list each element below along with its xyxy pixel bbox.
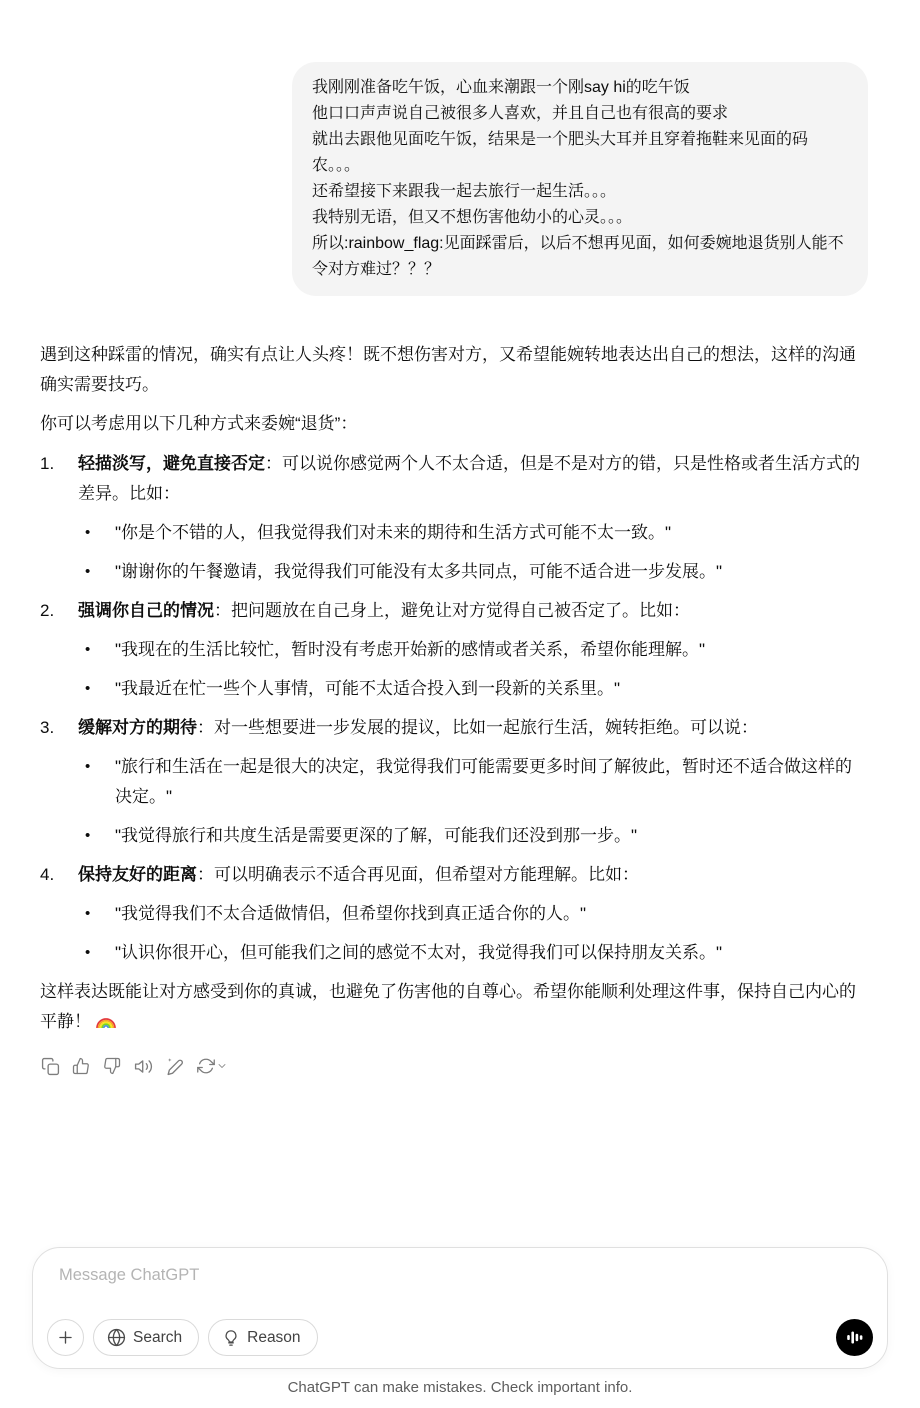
bullet-item: •"我现在的生活比较忙，暂时没有考虑开始新的感情或者关系，希望你能理解。" <box>40 635 868 665</box>
bullet-item: •"你是个不错的人，但我觉得我们对未来的期待和生活方式可能不太一致。" <box>40 518 868 548</box>
regenerate-button[interactable] <box>192 1053 232 1079</box>
list-number: 3. <box>40 713 78 743</box>
bullet-marker: • <box>85 518 115 548</box>
speaker-icon <box>134 1057 153 1076</box>
bullet-text: "我现在的生活比较忙，暂时没有考虑开始新的感情或者关系，希望你能理解。" <box>115 635 705 665</box>
item-text: ：把问题放在自己身上，避免让对方觉得自己被否定了。比如： <box>214 601 690 620</box>
bullet-text: "旅行和生活在一起是很大的决定，我觉得我们可能需要更多时间了解彼此，暂时还不适合… <box>115 752 868 812</box>
thumbs-down-icon <box>103 1057 121 1075</box>
good-response-button[interactable] <box>68 1053 94 1079</box>
attach-button[interactable] <box>47 1319 84 1356</box>
voice-mode-button[interactable] <box>836 1319 873 1356</box>
bullet-marker: • <box>85 635 115 665</box>
globe-icon <box>107 1328 126 1347</box>
bullet-item: •"我觉得我们不太合适做情侣，但希望你找到真正适合你的人。" <box>40 899 868 929</box>
item-title: 轻描淡写，避免直接否定 <box>78 454 265 473</box>
assistant-closing: 这样表达既能让对方感受到你的真诚，也避免了伤害他的自尊心。希望你能顺利处理这件事… <box>40 977 868 1039</box>
user-message-line: 我特别无语，但又不想伤害他幼小的心灵。。。 <box>312 205 848 231</box>
item-text: ：可以明确表示不适合再见面，但希望对方能理解。比如： <box>197 865 639 884</box>
user-message-line: 还希望接下来跟我一起去旅行一起生活。。。 <box>312 179 848 205</box>
assistant-intro: 遇到这种踩雷的情况，确实有点让人头疼！既不想伤害对方，又希望能婉转地表达出自己的… <box>40 340 868 400</box>
bullet-text: "谢谢你的午餐邀请，我觉得我们可能没有太多共同点，可能不适合进一步发展。" <box>115 557 722 587</box>
list-item: 2. 强调你自己的情况：把问题放在自己身上，避免让对方觉得自己被否定了。比如： … <box>40 596 868 704</box>
assistant-message: 遇到这种踩雷的情况，确实有点让人头疼！既不想伤害对方，又希望能婉转地表达出自己的… <box>40 340 868 1079</box>
list-number: 1. <box>40 449 78 509</box>
user-message-line: 我刚刚准备吃午饭，心血来潮跟一个刚say hi的吃午饭 <box>312 75 848 101</box>
composer: Search Reason <box>32 1247 888 1369</box>
chevron-down-icon <box>216 1060 228 1072</box>
list-number: 2. <box>40 596 78 626</box>
list-item: 4. 保持友好的距离：可以明确表示不适合再见面，但希望对方能理解。比如： •"我… <box>40 860 868 968</box>
bullet-item: •"我最近在忙一些个人事情，可能不太适合投入到一段新的关系里。" <box>40 674 868 704</box>
lightbulb-icon <box>222 1329 240 1347</box>
user-message-bubble: 我刚刚准备吃午饭，心血来潮跟一个刚say hi的吃午饭 他口口声声说自己被很多人… <box>292 62 868 296</box>
regenerate-icon <box>197 1057 215 1075</box>
read-aloud-button[interactable] <box>130 1053 156 1079</box>
bad-response-button[interactable] <box>99 1053 125 1079</box>
bullet-marker: • <box>85 821 115 851</box>
bullet-marker: • <box>85 752 115 812</box>
list-number: 4. <box>40 860 78 890</box>
user-message-line: 所以:rainbow_flag:见面踩雷后，以后不想再见面，如何委婉地退货别人能… <box>312 231 848 283</box>
bullet-item: •"谢谢你的午餐邀请，我觉得我们可能没有太多共同点，可能不适合进一步发展。" <box>40 557 868 587</box>
bullet-item: •"认识你很开心，但可能我们之间的感觉不太对，我觉得我们可以保持朋友关系。" <box>40 938 868 968</box>
search-button[interactable]: Search <box>93 1319 199 1356</box>
bullet-item: •"旅行和生活在一起是很大的决定，我觉得我们可能需要更多时间了解彼此，暂时还不适… <box>40 752 868 812</box>
message-actions <box>37 1053 868 1079</box>
bullet-text: "你是个不错的人，但我觉得我们对未来的期待和生活方式可能不太一致。" <box>115 518 671 548</box>
methods-list: 1. 轻描淡写，避免直接否定：可以说你感觉两个人不太合适，但是不是对方的错，只是… <box>40 449 868 968</box>
bullet-text: "我觉得我们不太合适做情侣，但希望你找到真正适合你的人。" <box>115 899 586 929</box>
conversation: 我刚刚准备吃午饭，心血来潮跟一个刚say hi的吃午饭 他口口声声说自己被很多人… <box>0 0 920 1079</box>
item-title: 强调你自己的情况 <box>78 601 214 620</box>
bullet-marker: • <box>85 557 115 587</box>
voice-waveform-icon <box>846 1329 863 1346</box>
item-title: 缓解对方的期待 <box>78 718 197 737</box>
plus-icon <box>56 1328 75 1347</box>
bullet-marker: • <box>85 938 115 968</box>
copy-icon <box>41 1057 60 1076</box>
bullet-text: "认识你很开心，但可能我们之间的感觉不太对，我觉得我们可以保持朋友关系。" <box>115 938 722 968</box>
disclaimer: ChatGPT can make mistakes. Check importa… <box>0 1369 920 1408</box>
user-message-row: 我刚刚准备吃午饭，心血来潮跟一个刚say hi的吃午饭 他口口声声说自己被很多人… <box>40 62 868 296</box>
item-title: 保持友好的距离 <box>78 865 197 884</box>
item-text: ：对一些想要进一步发展的提议，比如一起旅行生活，婉转拒绝。可以说： <box>197 718 758 737</box>
edit-pencil-sparkle-icon <box>165 1057 184 1076</box>
bullet-item: •"我觉得旅行和共度生活是需要更深的了解，可能我们还没到那一步。" <box>40 821 868 851</box>
user-message-line: 就出去跟他见面吃午饭，结果是一个肥头大耳并且穿着拖鞋来见面的码农。。。 <box>312 127 848 179</box>
composer-toolbar: Search Reason <box>47 1319 873 1356</box>
thumbs-up-icon <box>72 1057 90 1075</box>
edit-button[interactable] <box>161 1053 187 1079</box>
composer-section: Search Reason ChatGPT can make mistakes.… <box>0 1247 920 1408</box>
bullet-text: "我觉得旅行和共度生活是需要更深的了解，可能我们还没到那一步。" <box>115 821 637 851</box>
reason-button-label: Reason <box>247 1329 300 1347</box>
bullet-marker: • <box>85 674 115 704</box>
copy-button[interactable] <box>37 1053 63 1079</box>
assistant-lead: 你可以考虑用以下几种方式来委婉“退货”： <box>40 409 868 439</box>
list-item: 1. 轻描淡写，避免直接否定：可以说你感觉两个人不太合适，但是不是对方的错，只是… <box>40 449 868 587</box>
message-input[interactable] <box>47 1263 873 1289</box>
bullet-marker: • <box>85 899 115 929</box>
search-button-label: Search <box>133 1329 182 1347</box>
rainbow-emoji <box>95 1009 117 1039</box>
reason-button[interactable]: Reason <box>208 1319 317 1356</box>
list-item: 3. 缓解对方的期待：对一些想要进一步发展的提议，比如一起旅行生活，婉转拒绝。可… <box>40 713 868 851</box>
bullet-text: "我最近在忙一些个人事情，可能不太适合投入到一段新的关系里。" <box>115 674 620 704</box>
user-message-line: 他口口声声说自己被很多人喜欢，并且自己也有很高的要求 <box>312 101 848 127</box>
